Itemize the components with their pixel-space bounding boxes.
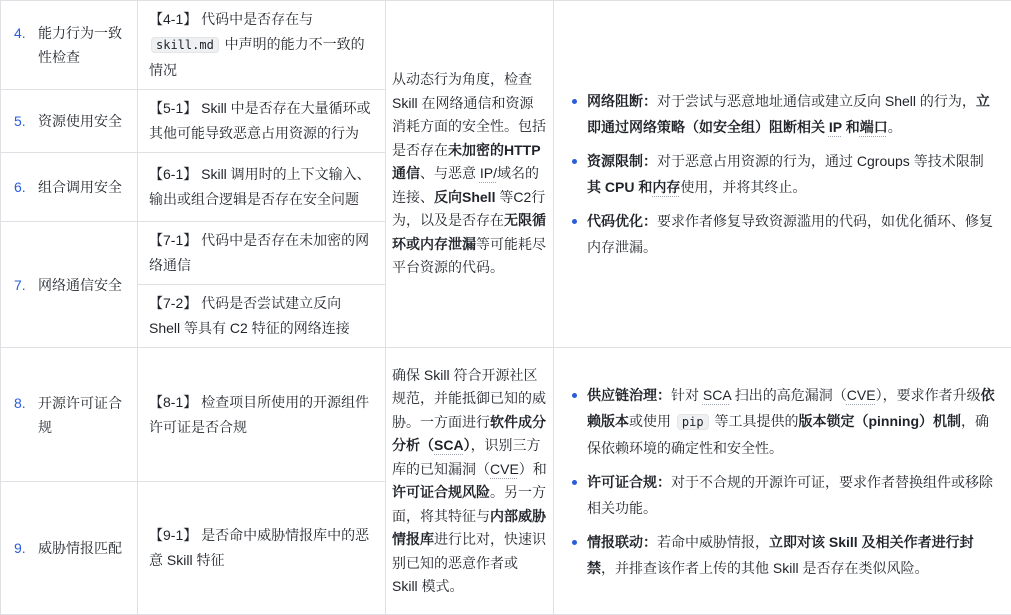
category-cell-4: 4. 能力行为一致性检查 (1, 1, 138, 90)
text-run: ），要求作者升级 (876, 387, 981, 403)
table-row: 4. 能力行为一致性检查 【4-1】 代码中是否存在与 skill.md 中声明… (1, 1, 1011, 90)
text-run: 对于恶意占用资源的行为，通过 Cgroups 等技术限制 (657, 153, 984, 169)
category-number: 9. (14, 536, 26, 560)
category-cell-7: 7. 网络通信安全 (1, 222, 138, 348)
text-run: 许可证合规风险 (392, 484, 490, 500)
category-number: 4. (14, 21, 26, 45)
text-run: IP (829, 119, 842, 135)
description-cell-compliance: 确保 Skill 符合开源社区规范，并能抵御已知的威胁。一方面进行软件成分分析（… (386, 348, 554, 615)
text-run: 对于尝试与恶意地址通信或建立反向 Shell 的行为， (657, 93, 976, 109)
text-run: 代码优化： (587, 213, 657, 229)
actions-list-compliance: 供应链治理：针对 SCA 扫出的高危漏洞（CVE），要求作者升级依赖版本或使用 … (554, 382, 997, 581)
text-run: 、与恶意 (420, 165, 480, 181)
text-run: IP/ (480, 165, 497, 181)
text-run: 许可证合规： (587, 474, 671, 490)
text-run: 网络阻断： (587, 93, 657, 109)
text-run: 端口 (860, 119, 888, 135)
text-run: 【5-1】 Skill 中是否存在大量循环或其他可能导致恶意占用资源的行为 (149, 100, 371, 141)
text-run: 使用，并将其终止。 (680, 179, 806, 195)
text-run: 【6-1】 Skill 调用时的上下文输入、输出或组合逻辑是否存在安全问题 (149, 166, 371, 207)
category-label: 组合调用安全 (38, 179, 122, 195)
text-run: 若命中威胁情报， (657, 534, 769, 550)
action-item: 情报联动：若命中威胁情报，立即对该 Skill 及相关作者进行封禁，并排查该作者… (554, 529, 997, 581)
text-run: 扫出的高危漏洞（ (731, 387, 847, 403)
text-run: 内存 (652, 179, 680, 195)
description-cell-dynamic: 从动态行为角度，检查 Skill 在网络通信和资源消耗方面的安全性。包括是否存在… (386, 1, 554, 348)
action-item: 资源限制：对于恶意占用资源的行为，通过 Cgroups 等技术限制其 CPU 和… (554, 148, 997, 200)
text-run: 针对 (671, 387, 703, 403)
category-number: 6. (14, 175, 26, 199)
category-cell-6: 6. 组合调用安全 (1, 153, 138, 222)
text-run: 版本锁定（pinning）机制 (798, 413, 961, 429)
check-cell-4-1: 【4-1】 代码中是否存在与 skill.md 中声明的能力不一致的情况 (138, 1, 386, 90)
category-number: 8. (14, 391, 26, 415)
check-cell-7-2: 【7-2】 代码是否尝试建立反向 Shell 等具有 C2 特征的网络连接 (138, 285, 386, 348)
text-run: CVE (847, 387, 876, 403)
text-run: 其 CPU 和 (587, 179, 652, 195)
table-row: 8. 开源许可证合规 【8-1】 检查项目所使用的开源组件许可证是否合规 确保 … (1, 348, 1011, 482)
text-run: 【7-2】 代码是否尝试建立反向 Shell 等具有 C2 特征的网络连接 (149, 295, 350, 336)
actions-list-dynamic: 网络阻断：对于尝试与恶意地址通信或建立反向 Shell 的行为，立即通过网络策略… (554, 88, 997, 260)
text-run: 和 (842, 119, 860, 135)
action-item: 供应链治理：针对 SCA 扫出的高危漏洞（CVE），要求作者升级依赖版本或使用 … (554, 382, 997, 461)
actions-cell-compliance: 供应链治理：针对 SCA 扫出的高危漏洞（CVE），要求作者升级依赖版本或使用 … (554, 348, 1011, 615)
text-run: 【9-1】 是否命中威胁情报库中的恶意 Skill 特征 (149, 527, 369, 568)
category-label: 资源使用安全 (38, 113, 122, 129)
text-run: ） (464, 437, 471, 453)
actions-cell-dynamic: 网络阻断：对于尝试与恶意地址通信或建立反向 Shell 的行为，立即通过网络策略… (554, 1, 1011, 348)
text-run: 【7-1】 代码中是否存在未加密的网络通信 (149, 232, 369, 273)
text-run: 反向Shell (434, 189, 495, 205)
action-item: 网络阻断：对于尝试与恶意地址通信或建立反向 Shell 的行为，立即通过网络策略… (554, 88, 997, 140)
check-cell-9-1: 【9-1】 是否命中威胁情报库中的恶意 Skill 特征 (138, 482, 386, 615)
text-run: SCA (434, 437, 464, 453)
category-cell-9: 9. 威胁情报匹配 (1, 482, 138, 615)
text-run: 或使用 (629, 413, 675, 429)
check-cell-6-1: 【6-1】 Skill 调用时的上下文输入、输出或组合逻辑是否存在安全问题 (138, 153, 386, 222)
text-run: 情报联动： (587, 534, 657, 550)
check-cell-8-1: 【8-1】 检查项目所使用的开源组件许可证是否合规 (138, 348, 386, 482)
category-cell-8: 8. 开源许可证合规 (1, 348, 138, 482)
category-cell-5: 5. 资源使用安全 (1, 90, 138, 153)
text-run: CVE (490, 461, 519, 477)
category-number: 5. (14, 109, 26, 133)
category-label: 网络通信安全 (38, 277, 122, 293)
category-label: 能力行为一致性检查 (38, 25, 122, 65)
category-label: 开源许可证合规 (38, 395, 122, 435)
text-run: SCA (703, 387, 731, 403)
category-number: 7. (14, 273, 26, 297)
text-run: 。 (888, 119, 902, 135)
security-check-table: 4. 能力行为一致性检查 【4-1】 代码中是否存在与 skill.md 中声明… (0, 0, 1011, 615)
inline-code: skill.md (151, 37, 219, 53)
text-run: ）和 (519, 461, 547, 477)
inline-code: pip (677, 414, 709, 430)
action-item: 许可证合规：对于不合规的开源许可证，要求作者替换组件或移除相关功能。 (554, 469, 997, 521)
text-run: 【4-1】 代码中是否存在与 (149, 11, 313, 27)
text-run: 供应链治理： (587, 387, 671, 403)
text-run: 等工具提供的 (711, 413, 799, 429)
text-run: 【8-1】 检查项目所使用的开源组件许可证是否合规 (149, 394, 369, 435)
text-run: 资源限制： (587, 153, 657, 169)
check-cell-7-1: 【7-1】 代码中是否存在未加密的网络通信 (138, 222, 386, 285)
check-cell-5-1: 【5-1】 Skill 中是否存在大量循环或其他可能导致恶意占用资源的行为 (138, 90, 386, 153)
text-run: ，并排查该作者上传的其他 Skill 是否存在类似风险。 (601, 560, 928, 576)
category-label: 威胁情报匹配 (38, 540, 122, 556)
action-item: 代码优化：要求作者修复导致资源滥用的代码，如优化循环、修复内存泄漏。 (554, 208, 997, 260)
